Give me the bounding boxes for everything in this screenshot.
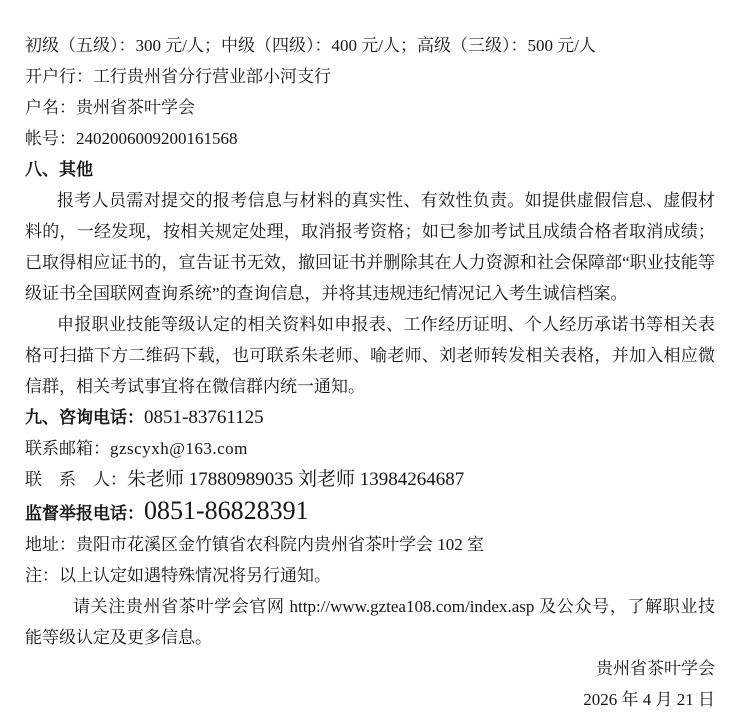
consult-phone-number: 0851-83761125 — [144, 407, 264, 428]
fee-line: 初级（五级）：300 元/人；中级（四级）：400 元/人；高级（三级）：500… — [25, 30, 715, 61]
signature-org: 贵州省茶叶学会 — [25, 653, 715, 684]
account-name-line: 户名：贵州省茶叶学会 — [25, 92, 715, 123]
contacts-line: 联 系 人：朱老师 17880989035 刘老师 13984264687 — [25, 464, 715, 495]
paragraph-website: 请关注贵州省茶叶学会官网 http://www.gztea108.com/ind… — [25, 591, 715, 653]
supervision-phone-line: 监督举报电话：0851-86828391 — [25, 495, 715, 529]
consult-phone-label: 九、咨询电话： — [25, 408, 144, 427]
bank-line: 开户行：工行贵州省分行营业部小河支行 — [25, 61, 715, 92]
section-9-heading-line: 九、咨询电话：0851-83761125 — [25, 402, 715, 433]
signature-date: 2026 年 4 月 21 日 — [25, 684, 715, 712]
paragraph-responsibility: 报考人员需对提交的报考信息与材料的真实性、有效性负责。如提供虚假信息、虚假材料的… — [25, 185, 715, 309]
email-label: 联系邮箱： — [25, 439, 110, 458]
document-page: 初级（五级）：300 元/人；中级（四级）：400 元/人；高级（三级）：500… — [0, 0, 740, 712]
section-8-heading: 八、其他 — [25, 154, 715, 185]
note-line: 注：以上认定如遇特殊情况将另行通知。 — [25, 560, 715, 591]
address-line: 地址：贵阳市花溪区金竹镇省农科院内贵州省茶叶学会 102 室 — [25, 529, 715, 560]
contacts-label: 联 系 人： — [25, 470, 127, 489]
supervision-phone-number: 0851-86828391 — [144, 496, 309, 525]
account-number-line: 帐号：2402006009200161568 — [25, 123, 715, 154]
paragraph-forms-download: 申报职业技能等级认定的相关资料如申报表、工作经历证明、个人经历承诺书等相关表格可… — [25, 309, 715, 402]
supervision-phone-label: 监督举报电话： — [25, 504, 144, 523]
contacts-value: 朱老师 17880989035 刘老师 13984264687 — [127, 469, 464, 490]
email-value: gzscyxh@163.com — [110, 439, 248, 458]
email-line: 联系邮箱：gzscyxh@163.com — [25, 433, 715, 464]
